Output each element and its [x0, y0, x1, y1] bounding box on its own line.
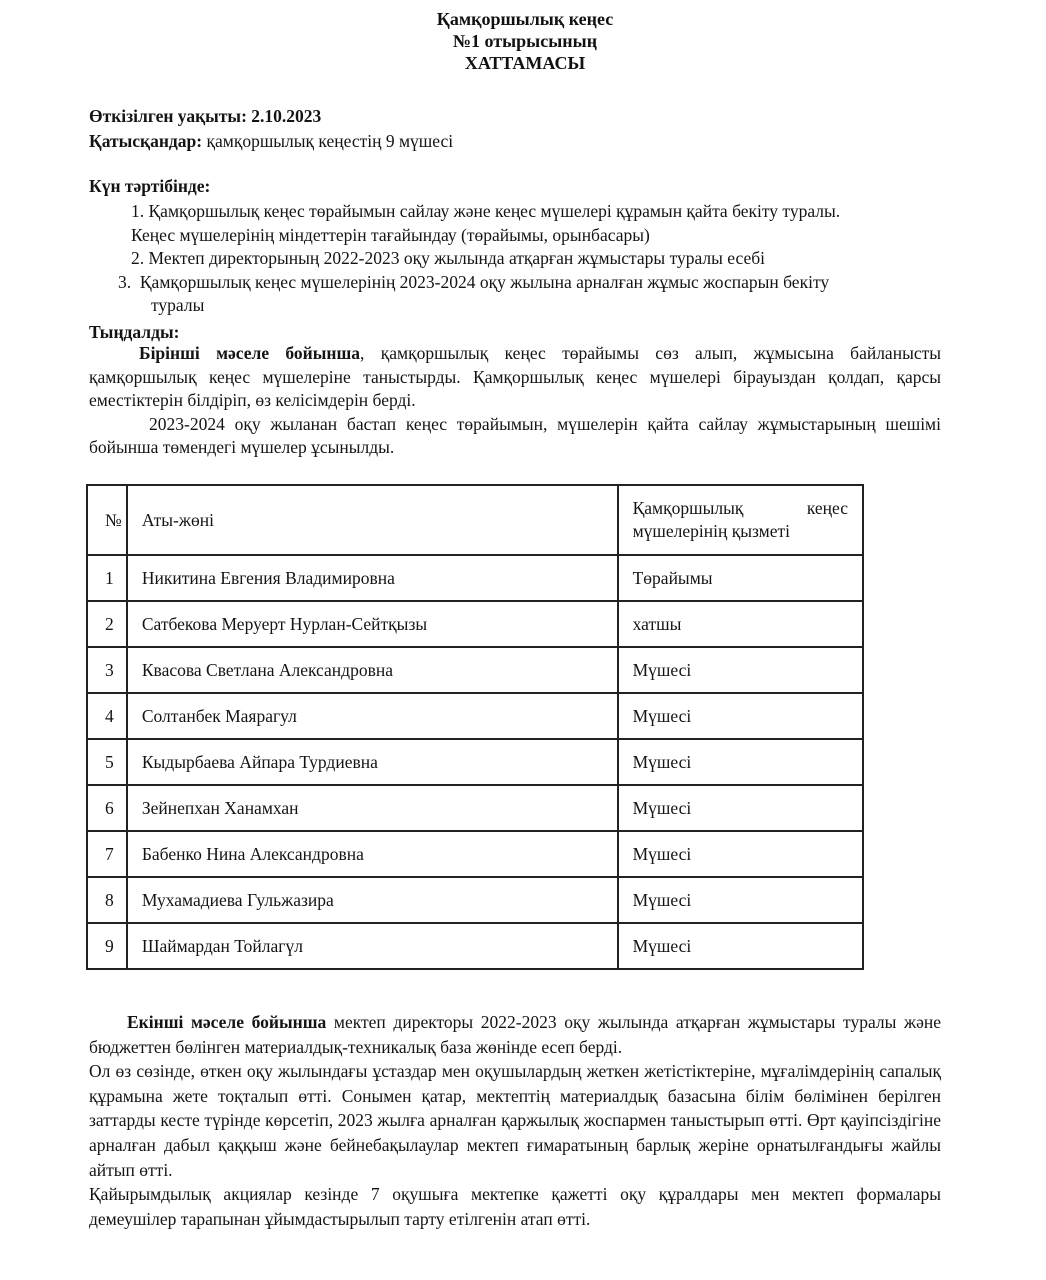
member-number: 3	[87, 647, 127, 693]
table-row: 3Квасова Светлана АлександровнаМүшесі	[87, 647, 863, 693]
member-name: Сатбекова Меруерт Нурлан-Сейтқызы	[127, 601, 618, 647]
table-row: 4Солтанбек МаярагулМүшесі	[87, 693, 863, 739]
role-header-line-2: мүшелерінің қызметі	[633, 521, 790, 541]
member-name: Бабенко Нина Александровна	[127, 831, 618, 877]
election-paragraph: 2023-2024 оқу жыланан бастап кеңес төрай…	[89, 413, 941, 460]
first-issue-section: Бірінші мәселе бойынша, қамқоршылық кеңе…	[89, 342, 941, 460]
date-value: 2.10.2023	[251, 106, 321, 126]
agenda-item-text: Қамқоршылық кеңес мүшелерінің 2023-2024 …	[140, 272, 829, 292]
member-number: 8	[87, 877, 127, 923]
member-role: Мүшесі	[618, 831, 863, 877]
role-header-word-1: Қамқоршылық	[633, 497, 744, 520]
table-row: 2Сатбекова Меруерт Нурлан-Сейтқызыхатшы	[87, 601, 863, 647]
charity-paragraph: Қайырымдылық акциялар кезінде 7 оқушыға …	[89, 1182, 941, 1231]
column-header-role: Қамқоршылық кеңес мүшелерінің қызметі	[618, 485, 863, 555]
members-table-body: 1Никитина Евгения ВладимировнаТөрайымы2С…	[87, 555, 863, 969]
table-row: 9Шаймардан ТойлагүлМүшесі	[87, 923, 863, 969]
participants-value: қамқоршылық кеңестің 9 мүшесі	[206, 131, 453, 151]
first-issue-heading: Бірінші мәселе бойынша	[139, 343, 360, 363]
role-header-word-2: кеңес	[807, 497, 848, 520]
agenda-item-3-continuation: туралы	[89, 294, 949, 318]
member-role: Мүшесі	[618, 923, 863, 969]
table-row: 8Мухамадиева ГульжазираМүшесі	[87, 877, 863, 923]
member-name: Зейнепхан Ханамхан	[127, 785, 618, 831]
document-title: Қамқоршылық кеңес №1 отырысының ХАТТАМАС…	[0, 8, 1046, 74]
title-line-3: ХАТТАМАСЫ	[4, 52, 1046, 74]
table-row: 5Кыдырбаева Айпара ТурдиевнаМүшесі	[87, 739, 863, 785]
member-number: 4	[87, 693, 127, 739]
member-name: Кыдырбаева Айпара Турдиевна	[127, 739, 618, 785]
agenda-item-1-continuation: Кеңес мүшелерінің міндеттерін тағайындау…	[89, 224, 949, 248]
agenda-title: Күн тәртібінде:	[89, 176, 210, 197]
protocol-page: Қамқоршылық кеңес №1 отырысының ХАТТАМАС…	[0, 0, 1046, 1280]
first-issue-paragraph: Бірінші мәселе бойынша, қамқоршылық кеңе…	[89, 342, 941, 413]
member-name: Шаймардан Тойлагүл	[127, 923, 618, 969]
agenda-item-number: 2.	[131, 248, 144, 268]
agenda-item-2: 2. Мектеп директорының 2022-2023 оқу жыл…	[89, 247, 949, 271]
member-number: 1	[87, 555, 127, 601]
member-name: Мухамадиева Гульжазира	[127, 877, 618, 923]
date-label: Өткізілген уақыты:	[89, 106, 247, 126]
member-number: 2	[87, 601, 127, 647]
member-role: Мүшесі	[618, 647, 863, 693]
agenda-list: 1. Қамқоршылық кеңес төрайымын сайлау жә…	[89, 200, 949, 318]
agenda-item-1: 1. Қамқоршылық кеңес төрайымын сайлау жә…	[89, 200, 949, 224]
member-number: 7	[87, 831, 127, 877]
second-issue-heading: Екінші мәселе бойынша	[127, 1012, 326, 1032]
member-name: Никитина Евгения Владимировна	[127, 555, 618, 601]
column-header-name: Аты-жөні	[127, 485, 618, 555]
election-text: 2023-2024 оқу жыланан бастап кеңес төрай…	[89, 414, 941, 458]
agenda-item-text: Қамқоршылық кеңес төрайымын сайлау және …	[149, 201, 841, 221]
column-header-number: №	[87, 485, 127, 555]
table-row: 6Зейнепхан ХанамханМүшесі	[87, 785, 863, 831]
table-header-row: № Аты-жөні Қамқоршылық кеңес мүшелерінің…	[87, 485, 863, 555]
second-issue-paragraph: Екінші мәселе бойынша мектеп директоры 2…	[89, 1010, 941, 1059]
member-role: Мүшесі	[618, 877, 863, 923]
title-line-2: №1 отырысының	[4, 30, 1046, 52]
agenda-item-number: 1.	[131, 201, 144, 221]
speech-paragraph: Ол өз сөзінде, өткен оқу жылындағы ұстаз…	[89, 1059, 941, 1182]
member-role: Төрайымы	[618, 555, 863, 601]
member-number: 5	[87, 739, 127, 785]
member-number: 6	[87, 785, 127, 831]
agenda-item-text: Мектеп директорының 2022-2023 оқу жылынд…	[149, 248, 766, 268]
members-table: № Аты-жөні Қамқоршылық кеңес мүшелерінің…	[86, 484, 864, 970]
meeting-meta: Өткізілген уақыты: 2.10.2023 Қатысқандар…	[89, 104, 453, 154]
member-role: Мүшесі	[618, 785, 863, 831]
title-line-1: Қамқоршылық кеңес	[4, 8, 1046, 30]
member-role: Мүшесі	[618, 739, 863, 785]
member-number: 9	[87, 923, 127, 969]
agenda-item-3: 3. Қамқоршылық кеңес мүшелерінің 2023-20…	[89, 271, 949, 295]
table-row: 7Бабенко Нина АлександровнаМүшесі	[87, 831, 863, 877]
participants-label: Қатысқандар:	[89, 131, 202, 151]
member-name: Квасова Светлана Александровна	[127, 647, 618, 693]
heard-title: Тыңдалды:	[89, 322, 179, 343]
member-name: Солтанбек Маярагул	[127, 693, 618, 739]
meeting-participants: Қатысқандар: қамқоршылық кеңестің 9 мүше…	[89, 129, 453, 154]
table-row: 1Никитина Евгения ВладимировнаТөрайымы	[87, 555, 863, 601]
member-role: Мүшесі	[618, 693, 863, 739]
second-issue-section: Екінші мәселе бойынша мектеп директоры 2…	[89, 1010, 941, 1231]
agenda-item-number: 3.	[118, 272, 131, 292]
member-role: хатшы	[618, 601, 863, 647]
meeting-date: Өткізілген уақыты: 2.10.2023	[89, 104, 453, 129]
